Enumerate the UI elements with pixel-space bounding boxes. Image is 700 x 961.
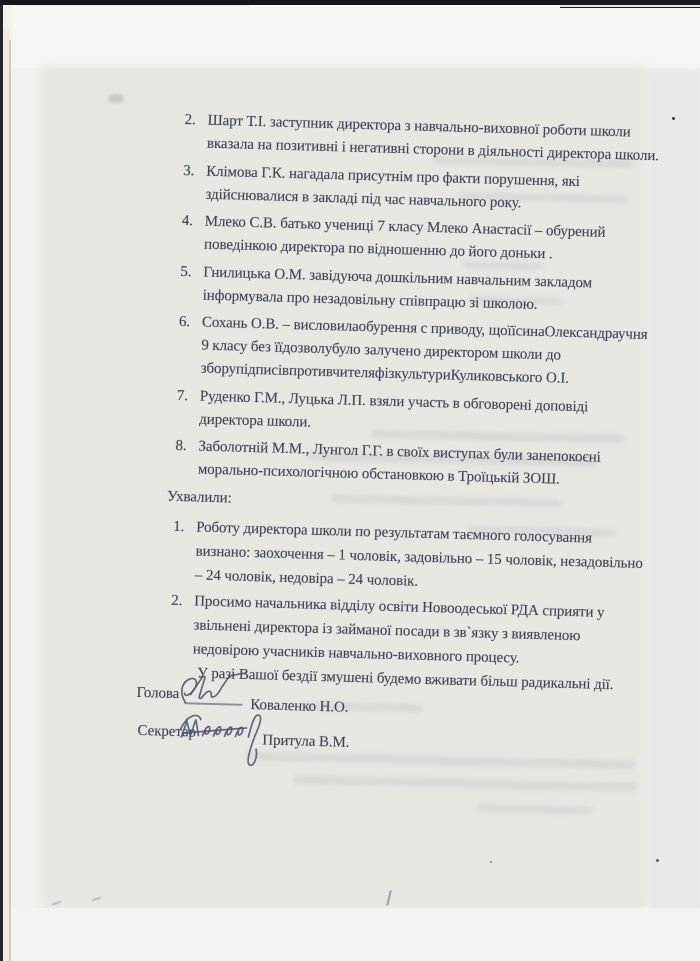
list-item-4: 4. Млеко С.В. батько учениці 7 класу Мле… <box>181 210 647 269</box>
chair-role-label: Голова <box>136 682 179 706</box>
scan-speck <box>656 859 659 862</box>
list-number: 5. <box>179 260 203 307</box>
scan-shadow-right <box>650 70 700 961</box>
list-item-3: 3. Клімова Г.К. нагадала присутнім про ф… <box>182 159 648 218</box>
list-item-5: 5. Гнилицька О.М. завідуюча дошкільним н… <box>179 260 645 319</box>
list-number: 6. <box>177 311 202 381</box>
pencil-smudge <box>108 94 124 103</box>
list-number: 2. <box>184 109 208 156</box>
list-number: 1. <box>172 514 197 587</box>
chair-signature <box>175 668 256 712</box>
secretary-name: Притула В.М. <box>262 729 350 754</box>
resolution-item-1: 1. Роботу директора школи по результатам… <box>172 514 639 599</box>
list-number: 8. <box>175 435 199 482</box>
protocol-page: 2. Шарт Т.І. заступник директора з навча… <box>134 106 650 699</box>
paper-bottom <box>12 908 700 961</box>
list-number: 4. <box>181 210 205 257</box>
list-item-8: 8. Заболотній М.М., Лунгол Г.Г. в своїх … <box>175 435 641 494</box>
paper-surface <box>12 6 700 68</box>
list-number: 7. <box>176 384 200 431</box>
list-item-7: 7. Руденко Г.М., Луцька Л.П. взяли участ… <box>176 384 642 443</box>
list-item-2: 2. Шарт Т.І. заступник директора з навча… <box>184 109 650 168</box>
list-item-6: 6. Сохань О.В. – висловилаобурення с при… <box>177 311 644 393</box>
page-edge-shadow <box>9 40 11 961</box>
paper-edge-highlight <box>250 5 700 7</box>
secretary-signature <box>177 707 274 772</box>
list-number: 3. <box>182 159 206 206</box>
scan-speck <box>672 117 675 120</box>
scan-speck <box>490 861 492 863</box>
